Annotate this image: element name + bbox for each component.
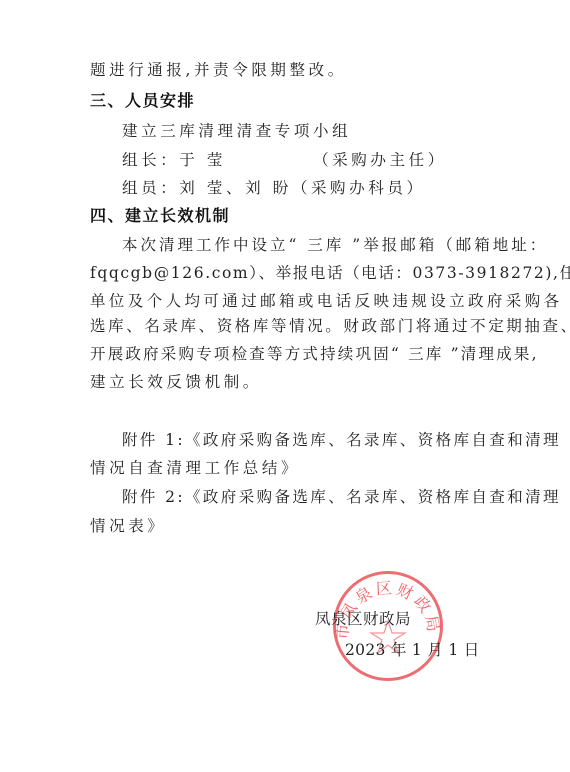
body-text-line: 本次清理工作中设立“ 三库 ”举报邮箱（邮箱地址： <box>122 235 548 255</box>
body-text-line: 建立长效反馈机制。 <box>90 372 262 392</box>
team-members-line: 组员：刘 莹、刘 盼（采购办科员） <box>122 178 426 198</box>
attachment-1-line-cont: 情况自查清理工作总结》 <box>90 458 300 478</box>
issuer-signature: 凤泉区财政局 <box>315 607 411 629</box>
document-page: 题进行通报,并责令限期整改。 三、人员安排 建立三库清理清查专项小组 组长：于 … <box>0 0 570 772</box>
team-leader-label: 组长：于 莹 <box>122 151 226 169</box>
section-heading-3: 三、人员安排 <box>90 91 195 111</box>
issue-date: 2023 年 1 月 1 日 <box>345 638 480 660</box>
contact-line: fqqcgb@126.com）、举报电话（电话：0373-3918272),任何 <box>90 263 570 283</box>
section-heading-4: 四、建立长效机制 <box>90 206 230 226</box>
body-text-line: 选库、名录库、资格库等情况。财政部门将通过不定期抽查、 <box>90 316 570 336</box>
body-text-line: 开展政府采购专项检查等方式持续巩固“ 三库 ”清理成果, <box>90 344 539 364</box>
body-text-line: 题进行通报,并责令限期整改。 <box>90 60 347 80</box>
attachment-2-line-cont: 情况表》 <box>90 516 166 536</box>
team-leader-role: （采购办主任） <box>313 151 447 169</box>
team-leader-line: 组长：于 莹 （采购办主任） <box>122 150 447 170</box>
attachment-1-line: 附件 1:《政府采购备选库、名录库、资格库自查和清理 <box>122 430 561 450</box>
body-text-line: 单位及个人均可通过邮箱或电话反映违规设立政府采购各 <box>90 291 563 311</box>
attachment-2-line: 附件 2:《政府采购备选库、名录库、资格库自查和清理 <box>122 487 561 507</box>
body-text-line: 建立三库清理清查专项小组 <box>122 121 351 141</box>
